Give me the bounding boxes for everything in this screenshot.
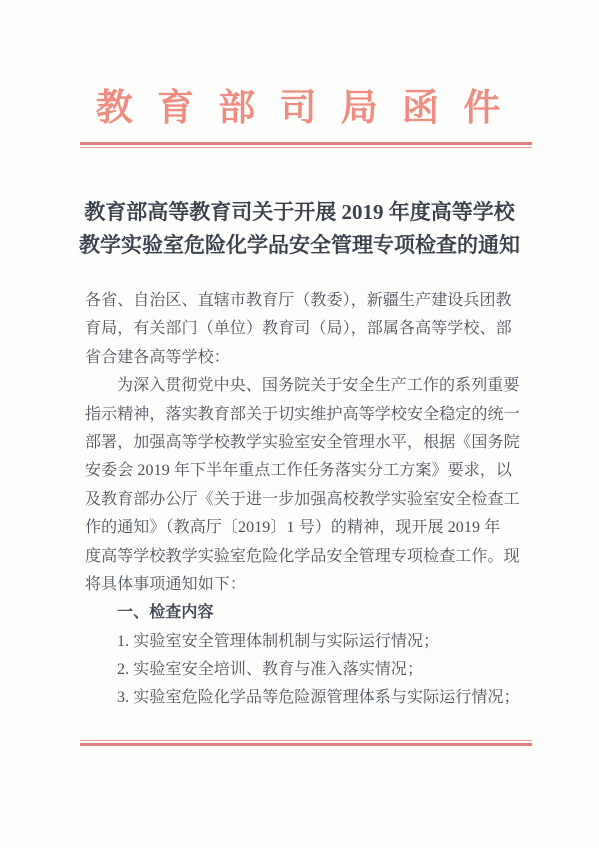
paragraph-line: 及教育部办公厅《关于进一步加强高校教学实验室安全检查工	[85, 486, 515, 514]
list-item-1: 1. 实验室安全管理体制机制与实际运行情况；	[85, 628, 515, 656]
recipient-line: 各省、自治区、直辖市教育厅（教委），新疆生产建设兵团教	[85, 287, 515, 315]
section-heading-inspection-content: 一、检查内容	[85, 599, 515, 627]
recipient-line: 省合建各高等学校：	[85, 344, 515, 372]
paragraph-line: 指示精神，落实教育部关于切实维护高等学校安全稳定的统一	[85, 401, 515, 429]
letterhead-rule	[80, 142, 532, 148]
document-title-line2: 教学实验室危险化学品安全管理专项检查的通知	[0, 229, 599, 262]
paragraph-line: 部署，加强高等学校教学实验室安全管理水平，根据《国务院	[85, 429, 515, 457]
list-item-3: 3. 实验室危险化学品等危险源管理体系与实际运行情况；	[85, 684, 515, 712]
footer-rule-thick-line	[80, 743, 532, 746]
document-page: 教 育 部 司 局 函 件 教育部高等教育司关于开展 2019 年度高等学校 教…	[0, 0, 599, 848]
paragraph-line: 将具体事项通知如下：	[85, 571, 515, 599]
recipient-line: 育局，有关部门（单位）教育司（局），部属各高等学校、部	[85, 315, 515, 343]
document-body: 各省、自治区、直辖市教育厅（教委），新疆生产建设兵团教 育局，有关部门（单位）教…	[85, 287, 515, 713]
list-item-2: 2. 实验室安全培训、教育与准入落实情况；	[85, 656, 515, 684]
paragraph-line: 作的通知》（教高厅〔2019〕1 号）的精神，现开展 2019 年	[85, 514, 515, 542]
letterhead-rule-thin-line	[80, 147, 532, 148]
document-title-line1: 教育部高等教育司关于开展 2019 年度高等学校	[0, 196, 599, 229]
paragraph-line: 为深入贯彻党中央、国务院关于安全生产工作的系列重要	[85, 372, 515, 400]
footer-rule	[80, 740, 532, 746]
paragraph-line: 度高等学校教学实验室危险化学品安全管理专项检查工作。现	[85, 543, 515, 571]
letterhead-title: 教 育 部 司 局 函 件	[0, 87, 599, 131]
document-title: 教育部高等教育司关于开展 2019 年度高等学校 教学实验室危险化学品安全管理专…	[0, 196, 599, 262]
paragraph-line: 安委会 2019 年下半年重点工作任务落实分工方案》要求，以	[85, 457, 515, 485]
